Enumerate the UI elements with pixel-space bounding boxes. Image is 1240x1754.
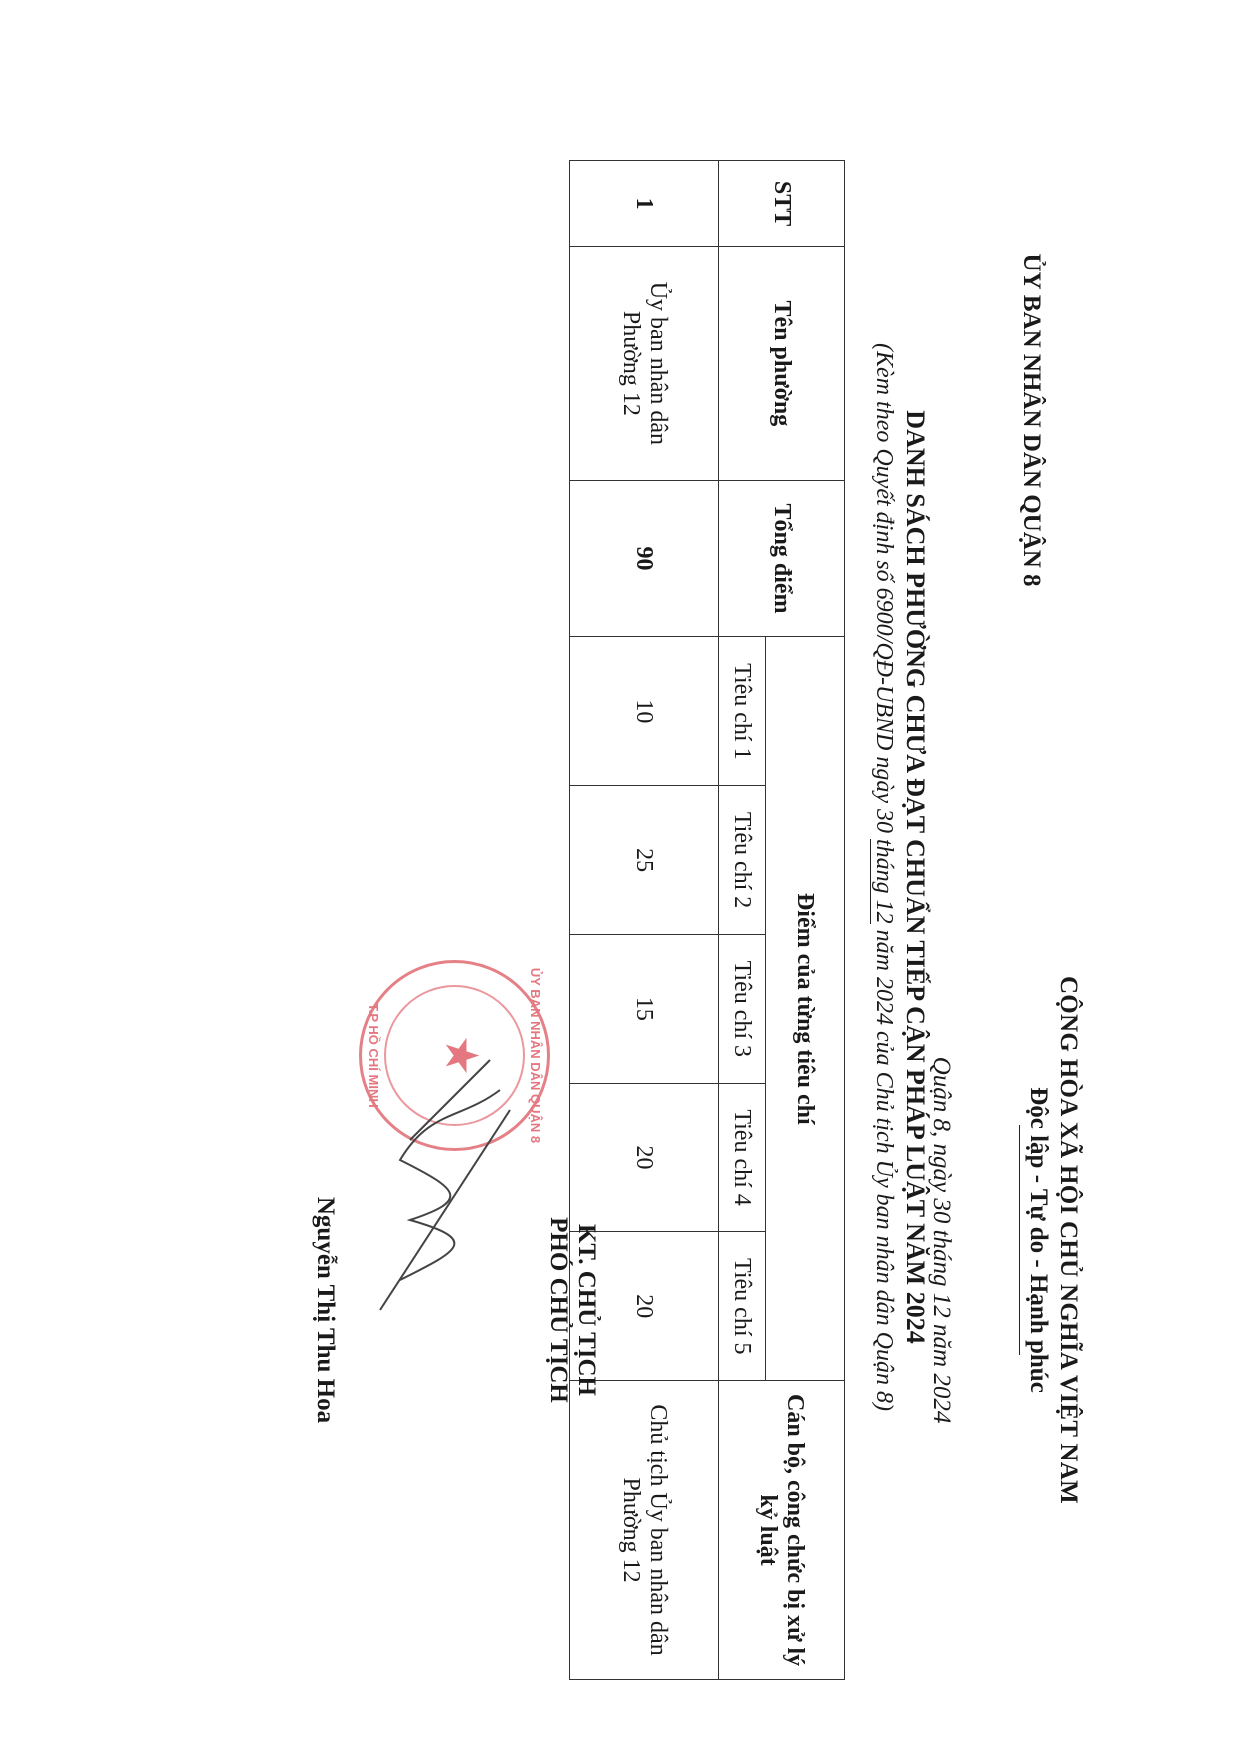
signature-role-line1: KT. CHỦ TỊCH [572, 1100, 600, 1520]
ward-score-table: STT Tên phường Tổng điểm Điểm của từng t… [569, 160, 845, 1680]
issuer-text: ỦY BAN NHÂN DÂN QUẬN 8 [1018, 253, 1045, 586]
cell-criterion-3: 15 [570, 934, 719, 1083]
cell-ward-name: Ủy ban nhân dân Phường 12 [570, 247, 719, 480]
subtitle-prefix: (Kèm theo Quyết định số 6900/QĐ-UBND ngà… [871, 343, 897, 839]
document-title: DANH SÁCH PHƯỜNG CHƯA ĐẠT CHUẨN TIẾP CẬN… [900, 0, 930, 1754]
header-criteria-group: Điểm của từng tiêu chí [766, 637, 845, 1381]
national-motto: CỘNG HÒA XÃ HỘI CHỦ NGHĨA VIỆT NAM Độc l… [1019, 930, 1082, 1550]
cell-total-score: 90 [570, 480, 719, 637]
subtitle-underlined: tháng 12 [870, 839, 897, 924]
header-criterion-4: Tiêu chí 4 [719, 1083, 766, 1232]
signature-block: KT. CHỦ TỊCH PHÓ CHỦ TỊCH Nguyễn Thị Thu… [311, 1100, 600, 1520]
subtitle-suffix: năm 2024 của Chủ tịch Ủy ban nhân dân Qu… [871, 924, 897, 1411]
issue-date: Quận 8, ngày 30 tháng 12 năm 2024 [927, 920, 955, 1560]
issuer-heading: ỦY BAN NHÂN DÂN QUẬN 8 [1017, 205, 1045, 635]
header-criterion-5: Tiêu chí 5 [719, 1232, 766, 1381]
cell-criterion-1: 10 [570, 637, 719, 786]
header-total-score: Tổng điểm [719, 480, 845, 637]
header-ward-name: Tên phường [719, 247, 845, 480]
motto-underline [1019, 1125, 1020, 1355]
header-stt: STT [719, 161, 845, 247]
cell-stt: 1 [570, 161, 719, 247]
signature-role-line2: PHÓ CHỦ TỊCH [544, 1100, 572, 1520]
document-subtitle: (Kèm theo Quyết định số 6900/QĐ-UBND ngà… [870, 0, 897, 1754]
header-criterion-2: Tiêu chí 2 [719, 786, 766, 935]
cell-criterion-2: 25 [570, 786, 719, 935]
header-criterion-1: Tiêu chí 1 [719, 637, 766, 786]
header-criterion-3: Tiêu chí 3 [719, 934, 766, 1083]
signer-name: Nguyễn Thị Thu Hoa [311, 1100, 339, 1520]
header-disciplined-staff: Cán bộ, công chức bị xử lý kỷ luật [719, 1381, 845, 1680]
country-motto: Độc lập - Tự do - Hạnh phúc [1024, 930, 1052, 1550]
document-page: ỦY BAN NHÂN DÂN QUẬN 8 CỘNG HÒA XÃ HỘI C… [0, 0, 1240, 1754]
country-name: CỘNG HÒA XÃ HỘI CHỦ NGHĨA VIỆT NAM [1054, 930, 1082, 1550]
